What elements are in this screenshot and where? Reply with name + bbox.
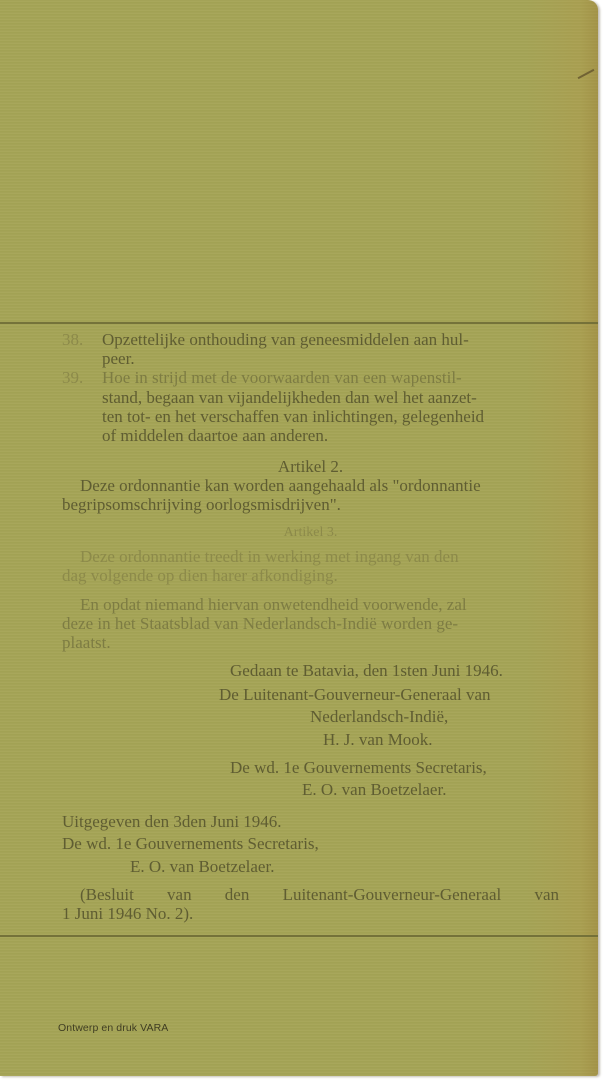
item-line: ten tot- en het verschaffen van inlichti… [102,407,559,426]
issued-date: Uitgegeven den 3den Juni 1946. [62,811,282,832]
document-page: 38. Opzettelijke onthouding van geneesmi… [0,0,598,1076]
decree-line: 1 Juni 1946 No. 2). [62,904,559,923]
closing-line: deze in het Staatsblad van Nederlandsch-… [62,614,559,633]
top-divider-rule [0,322,598,324]
place-date: Gedaan te Batavia, den 1sten Juni 1946. [230,660,503,681]
article-3: Artikel 3. Deze ordonnantie treedt in we… [62,523,559,586]
article-2: Artikel 2. Deze ordonnantie kan worden a… [62,457,559,515]
enumerated-items: 38. Opzettelijke onthouding van geneesmi… [62,330,559,445]
bottom-divider-rule [0,935,598,937]
item-line: stand, begaan van vijandelijkheden dan w… [102,388,559,407]
issued-secretary-name: E. O. van Boetzelaer. [130,856,274,877]
article-3-line: Deze ordonnantie treedt in werking met i… [62,547,559,566]
governor-title: De Luitenant-Gouverneur-Generaal van [219,684,491,705]
article-3-heading: Artikel 3. [62,523,559,542]
item-line: peer. [102,349,559,368]
secretary-title: De wd. 1e Gouvernements Secretaris, [230,757,487,778]
decree-reference: (Besluit van den Luitenant-Gouverneur-Ge… [62,885,559,923]
item-line: of middelen daartoe aan anderen. [102,426,559,445]
scratch-mark [578,69,595,79]
closing-line: En opdat niemand hiervan onwetendheid vo… [62,595,559,614]
list-item-39: 39. Hoe in strijd met de voorwaarden van… [62,368,559,445]
closing-line: plaatst. [62,633,559,652]
article-3-line: dag volgende op dien harer afkondiging. [62,566,559,585]
issued-secretary-title: De wd. 1e Gouvernements Secretaris, [62,833,319,854]
decree-line: (Besluit van den Luitenant-Gouverneur-Ge… [62,885,559,904]
article-2-line: begripsomschrijving oorlogsmisdrijven". [62,495,559,514]
secretary-name: E. O. van Boetzelaer. [302,779,446,800]
governor-region: Nederlandsch-Indië, [310,706,448,727]
item-number: 39. [62,368,98,387]
list-item-38: 38. Opzettelijke onthouding van geneesmi… [62,330,559,368]
item-line: Hoe in strijd met de voorwaarden van een… [102,368,559,387]
colophon-credit: Ontwerp en druk VARA [58,1022,168,1034]
article-2-line: Deze ordonnantie kan worden aangehaald a… [62,476,559,495]
item-line: Opzettelijke onthouding van geneesmiddel… [102,330,559,349]
item-number: 38. [62,330,98,349]
closing-paragraph: En opdat niemand hiervan onwetendheid vo… [62,595,559,653]
article-2-heading: Artikel 2. [62,457,559,476]
governor-name: H. J. van Mook. [323,729,433,750]
